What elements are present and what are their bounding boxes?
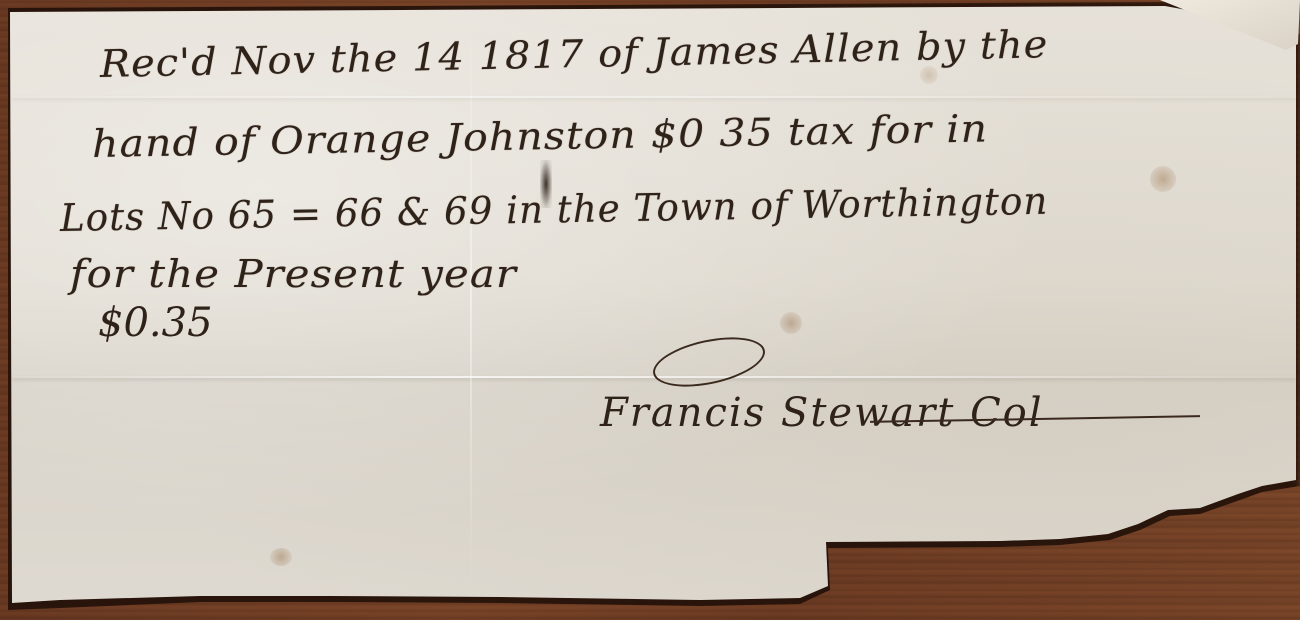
paper-fold-horizontal-top [12, 96, 1296, 98]
paper-fold-vertical [470, 10, 472, 590]
receipt-line-4: for the Present year [70, 252, 517, 296]
stain-mark [270, 548, 292, 566]
stain-mark [780, 312, 802, 334]
stain-mark [1150, 166, 1176, 192]
signature: Francis Stewart Col [600, 390, 1044, 436]
receipt-amount: $0.35 [98, 300, 213, 346]
